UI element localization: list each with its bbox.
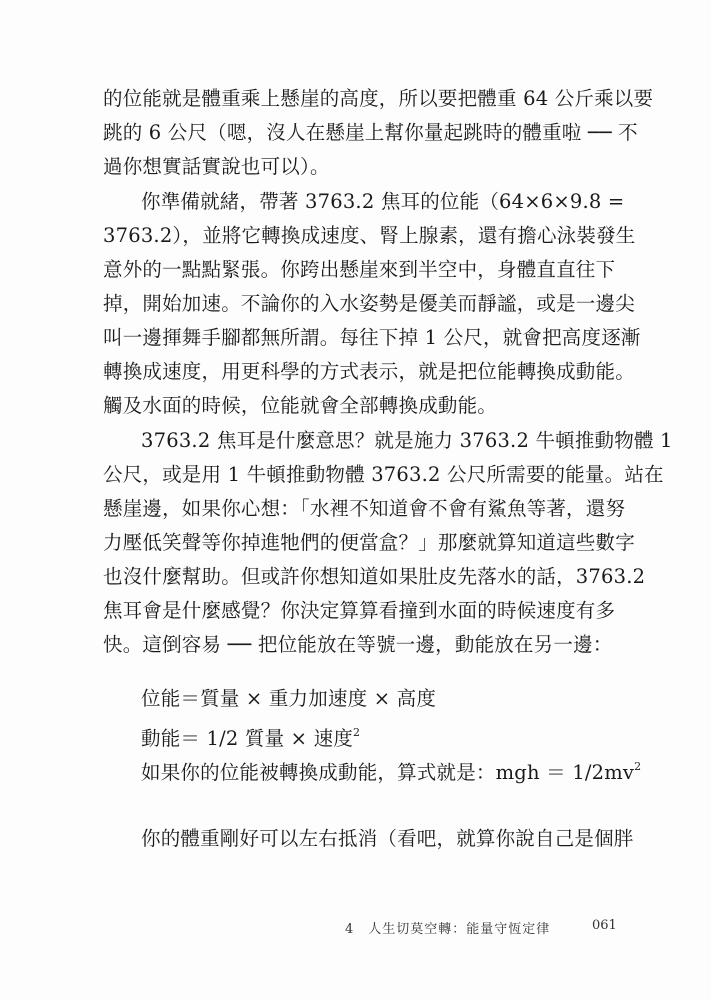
body-line: 公尺，或是用 1 牛頓推動物體 3763.2 公尺所需要的能量。站在: [103, 462, 613, 488]
book-page: 的位能就是體重乘上懸崖的高度，所以要把體重 64 公斤乘以要 跳的 6 公尺（嗯…: [0, 0, 711, 1000]
body-line: 也沒什麼幫助。但或許你想知道如果肚皮先落水的話，3763.2: [103, 564, 613, 590]
body-line: 的位能就是體重乘上懸崖的高度，所以要把體重 64 公斤乘以要: [103, 86, 613, 112]
body-line: 觸及水面的時候，位能就會全部轉換成動能。: [103, 393, 613, 419]
chapter-number: 4: [345, 922, 354, 937]
equation-text: 如果你的位能被轉換成動能，算式就是：mgh ＝ 1/2mv: [141, 761, 634, 784]
body-line: 過你想實話實說也可以）。: [103, 154, 613, 180]
body-line: 力壓低笑聲等你掉進牠們的便當盒？」那麼就算知道這些數字: [103, 530, 613, 556]
body-line: 3763.2 焦耳是什麼意思？就是施力 3763.2 牛頓推動物體 1: [141, 428, 651, 454]
body-line: 掉，開始加速。不論你的入水姿勢是優美而靜謐，或是一邊尖: [103, 291, 613, 317]
chapter-title: 人生切莫空轉：能量守恆定律: [368, 922, 550, 937]
body-line: 你準備就緒，帶著 3763.2 焦耳的位能（64×6×9.8 =: [141, 189, 613, 215]
body-line: 意外的一點點緊張。你跨出懸崖來到半空中，身體直直往下: [103, 257, 613, 283]
equation-potential-energy: 位能＝質量 × 重力加速度 × 高度: [141, 686, 651, 712]
equation-conversion: 如果你的位能被轉換成動能，算式就是：mgh ＝ 1/2mv2: [141, 754, 651, 786]
body-line: 懸崖邊，如果你心想：「水裡不知道會不會有鯊魚等著，還努: [103, 496, 613, 522]
body-line: 快。這倒容易 ── 把位能放在等號一邊，動能放在另一邊：: [103, 632, 613, 658]
body-line: 焦耳會是什麼感覺？你決定算算看撞到水面的時候速度有多: [103, 598, 613, 624]
page-number: 061: [592, 918, 617, 933]
body-line: 轉換成速度，用更科學的方式表示，就是把位能轉換成動能。: [103, 359, 613, 385]
body-line: 你的體重剛好可以左右抵消（看吧，就算你說自己是個胖: [141, 826, 651, 852]
running-footer: 4人生切莫空轉：能量守恆定律: [345, 918, 550, 937]
body-line: 叫一邊揮舞手腳都無所謂。每往下掉 1 公尺，就會把高度逐漸: [103, 325, 613, 351]
body-line: 跳的 6 公尺（嗯，沒人在懸崖上幫你量起跳時的體重啦 ── 不: [103, 120, 613, 146]
body-line: 3763.2），並將它轉換成速度、腎上腺素，還有擔心泳裝發生: [103, 223, 613, 249]
superscript: 2: [634, 760, 641, 773]
equation-text: 動能＝ 1/2 質量 × 速度: [141, 727, 353, 750]
superscript: 2: [353, 726, 360, 739]
equation-kinetic-energy: 動能＝ 1/2 質量 × 速度2: [141, 720, 651, 752]
